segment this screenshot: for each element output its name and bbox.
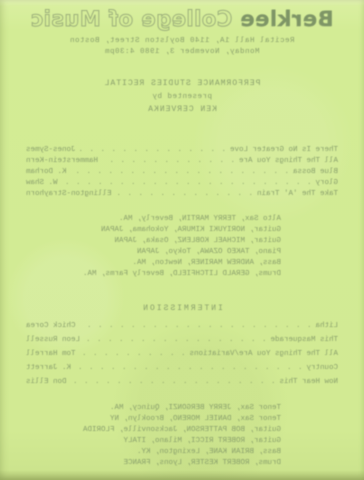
college-of-music-wordmark: College of Music	[30, 7, 240, 31]
program-line: All The Things You Are/Variations. . . .…	[26, 347, 338, 361]
recital-title: PERFORMANCE STUDIES RECITAL	[0, 79, 364, 89]
performer-line: Guitar, NORIYUKI KIMURA, Yokohama, JAPAN	[83, 225, 281, 236]
song-title: Glory	[315, 178, 338, 189]
composer: W. Shaw	[26, 178, 58, 189]
program-line: Country. . . . . . . . . . . . . . . . .…	[26, 361, 338, 375]
presenter-name: KEN CERVENKA	[0, 105, 364, 115]
song-title: Now Hear This	[279, 375, 338, 389]
program-line: All The Things You Are. . . . . . . . . …	[26, 156, 338, 167]
composer: Tom Harrell	[26, 347, 76, 361]
venue-line: Recital Hall 1A, 1140 Boylston Street, B…	[0, 36, 364, 46]
song-title: Take The 'A' Train	[257, 189, 338, 200]
composer: Leon Russell	[26, 333, 80, 347]
program-line: Take The 'A' Train. . . . . . . . . . . …	[26, 189, 338, 200]
program-line: There Is No Greater Love. . . . . . . . …	[26, 145, 338, 156]
presented-by-label: presented by	[0, 92, 364, 102]
performer-line: Bass, ANDREW MARINER, Newton, MA.	[83, 258, 281, 269]
performer-line: Drums, ROBERT KESTER, Lyons, FRANCE	[83, 458, 281, 469]
composer: Hammerstein-Kern	[26, 156, 98, 167]
song-title: Litha	[315, 319, 338, 333]
performer-line: Drums, GERALD LITCHFIELD, Beverly Farms,…	[83, 269, 281, 280]
dot-leader: . . . . . . . . . . . . . . . . . . . . …	[71, 375, 276, 389]
dot-leader: . . . . . . . . . . . . . . . . . . . . …	[75, 361, 302, 375]
program-line: Blue Bossa. . . . . . . . . . . . . . . …	[26, 167, 338, 178]
date-line: Monday, November 3, 1980 4:30pm	[0, 47, 364, 57]
dot-leader: . . . . . . . . . . . . . . . . . . . . …	[80, 319, 312, 333]
song-title: There Is No Greater Love	[230, 145, 338, 156]
song-title: Blue Bossa	[293, 167, 338, 178]
program-page: Berklee College of Music Recital Hall 1A…	[0, 0, 364, 480]
composer: Chick Corea	[26, 319, 76, 333]
program-line: Litha. . . . . . . . . . . . . . . . . .…	[26, 319, 338, 333]
composer: Ellington-Strayhorn	[26, 189, 112, 200]
performer-line: Bass, BRIAN KANE, Lexington, KY.	[83, 447, 281, 458]
page-title: Berklee College of Music	[0, 8, 364, 30]
berklee-wordmark: Berklee	[240, 7, 334, 31]
dot-leader: . . . . . . . . . . . . . . . . . . . . …	[62, 178, 312, 189]
performer-line: Guitar, ROBERT RICCI, Milano, ITALY	[83, 436, 281, 447]
performer-line: Guitar, BOB PATTERSON, Jacksonville, FLO…	[83, 425, 281, 436]
program-set-1: There Is No Greater Love. . . . . . . . …	[26, 145, 338, 200]
performer-list-2: Tenor Sax, JERRY BERGONZI, Quincy, MA. T…	[83, 403, 281, 469]
dot-leader: . . . . . . . . . . . . . . . . . . . . …	[84, 333, 266, 347]
song-title: All The Things You Are	[239, 156, 338, 167]
dot-leader: . . . . . . . . . . . . . . . . . . . . …	[102, 156, 235, 167]
dot-leader: . . . . . . . . . . . . . . . . . . . . …	[71, 167, 289, 178]
dot-leader: . . . . . . . . . . . . . . . . . . . . …	[80, 145, 226, 156]
program-set-2: Litha. . . . . . . . . . . . . . . . . .…	[26, 319, 338, 389]
song-title: This Masquerade	[270, 333, 338, 347]
program-line: This Masquerade. . . . . . . . . . . . .…	[26, 333, 338, 347]
performer-list-1: Alto Sax, TERRY MARTIN, Beverly, MA. Gui…	[83, 214, 281, 280]
composer: Don Ellis	[26, 375, 67, 389]
composer: K. Jarrett	[26, 361, 71, 375]
mirrored-showthrough-content: Berklee College of Music Recital Hall 1A…	[0, 0, 364, 480]
composer: K. Dorham	[26, 167, 67, 178]
program-line: Glory. . . . . . . . . . . . . . . . . .…	[26, 178, 338, 189]
dot-leader: . . . . . . . . . . . . . . . . . . . . …	[116, 189, 253, 200]
dot-leader: . . . . . . . . . . . . . . . . . . . . …	[80, 347, 186, 361]
program-line: Now Hear This. . . . . . . . . . . . . .…	[26, 375, 338, 389]
intermission-heading: INTERMISSION	[0, 304, 364, 314]
performer-line: Tenor Sax, JERRY BERGONZI, Quincy, MA.	[83, 403, 281, 414]
song-title: Country	[306, 361, 338, 375]
performer-line: Piano, TAKEO OZAWA, Tokyo, JAPAN	[83, 247, 281, 258]
performer-line: Guitar, MICHAEL KOBLENZ, Osaka, JAPAN	[83, 236, 281, 247]
performer-line: Tenor Sax, DANIEL MORENO, Brooklyn, NY	[83, 414, 281, 425]
performer-line: Alto Sax, TERRY MARTIN, Beverly, MA.	[83, 214, 281, 225]
composer: Jones-Symes	[26, 145, 76, 156]
song-title: All The Things You Are/Variations	[189, 347, 338, 361]
